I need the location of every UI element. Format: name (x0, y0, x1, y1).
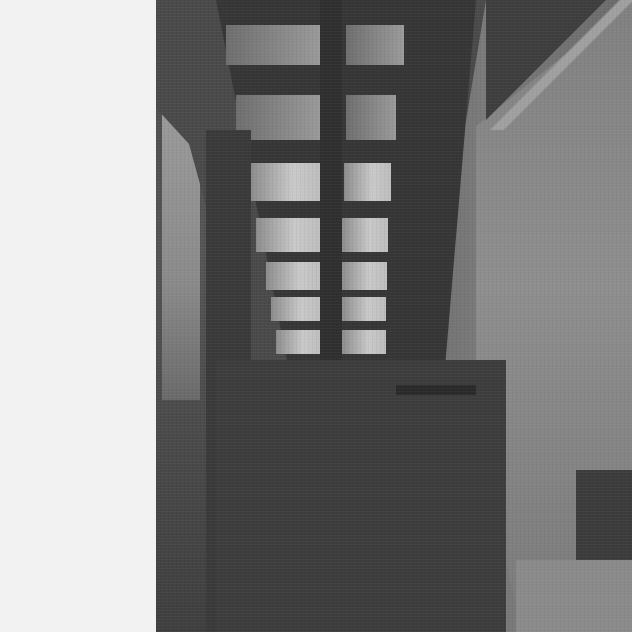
film-grain (156, 0, 632, 632)
blank-margin (0, 0, 156, 632)
stairwell-photo (156, 0, 632, 632)
